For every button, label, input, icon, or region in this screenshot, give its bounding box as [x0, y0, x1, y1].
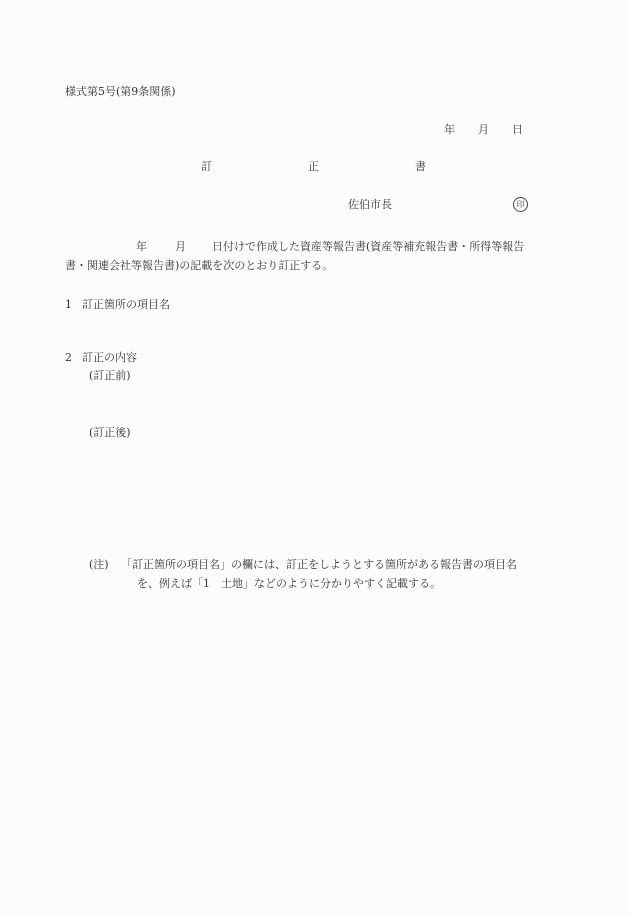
- body-month-label: 月: [175, 240, 186, 253]
- section-1-number: 1: [65, 299, 82, 310]
- section-2-number: 2: [65, 352, 82, 363]
- body-line-2: 書・関連会社等報告書)の記載を次のとおり訂正する。: [65, 256, 535, 275]
- body-line-1-text: 日付けで作成した資産等報告書(資産等補充報告書・所得等報告: [212, 240, 524, 253]
- note-line-1: (注)「訂正箇所の項目名」の欄には、訂正をしようとする箇所がある報告書の項目名: [89, 559, 517, 570]
- note-line-2: を、例えば「1 土地」などのように分かりやすく記載する。: [137, 578, 441, 589]
- before-correction-label: (訂正前): [89, 370, 131, 381]
- date-line: 年月日: [444, 124, 523, 135]
- body-year-label: 年: [136, 240, 147, 253]
- section-1-heading: 1訂正箇所の項目名: [65, 299, 170, 310]
- title-char-1: 訂: [201, 161, 212, 172]
- note-label: (注): [89, 559, 121, 570]
- recipient: 佐伯市長: [348, 199, 392, 210]
- section-2-label: 訂正の内容: [82, 351, 137, 364]
- form-number: 様式第5号(第9条関係): [65, 86, 176, 97]
- date-month-label: 月: [478, 124, 489, 135]
- body-line-1: 年月日付けで作成した資産等報告書(資産等補充報告書・所得等報告: [65, 237, 535, 256]
- date-day-label: 日: [512, 124, 523, 135]
- section-2-heading: 2訂正の内容: [65, 352, 137, 363]
- title-char-3: 書: [415, 161, 426, 172]
- body-paragraph: 年月日付けで作成した資産等報告書(資産等補充報告書・所得等報告 書・関連会社等報…: [65, 237, 535, 275]
- seal-icon: 印: [513, 197, 528, 212]
- date-year-label: 年: [444, 124, 455, 135]
- note-text-1: 「訂正箇所の項目名」の欄には、訂正をしようとする箇所がある報告書の項目名: [121, 558, 517, 571]
- after-correction-label: (訂正後): [89, 427, 131, 438]
- section-1-label: 訂正箇所の項目名: [82, 298, 170, 311]
- title-char-2: 正: [308, 161, 319, 172]
